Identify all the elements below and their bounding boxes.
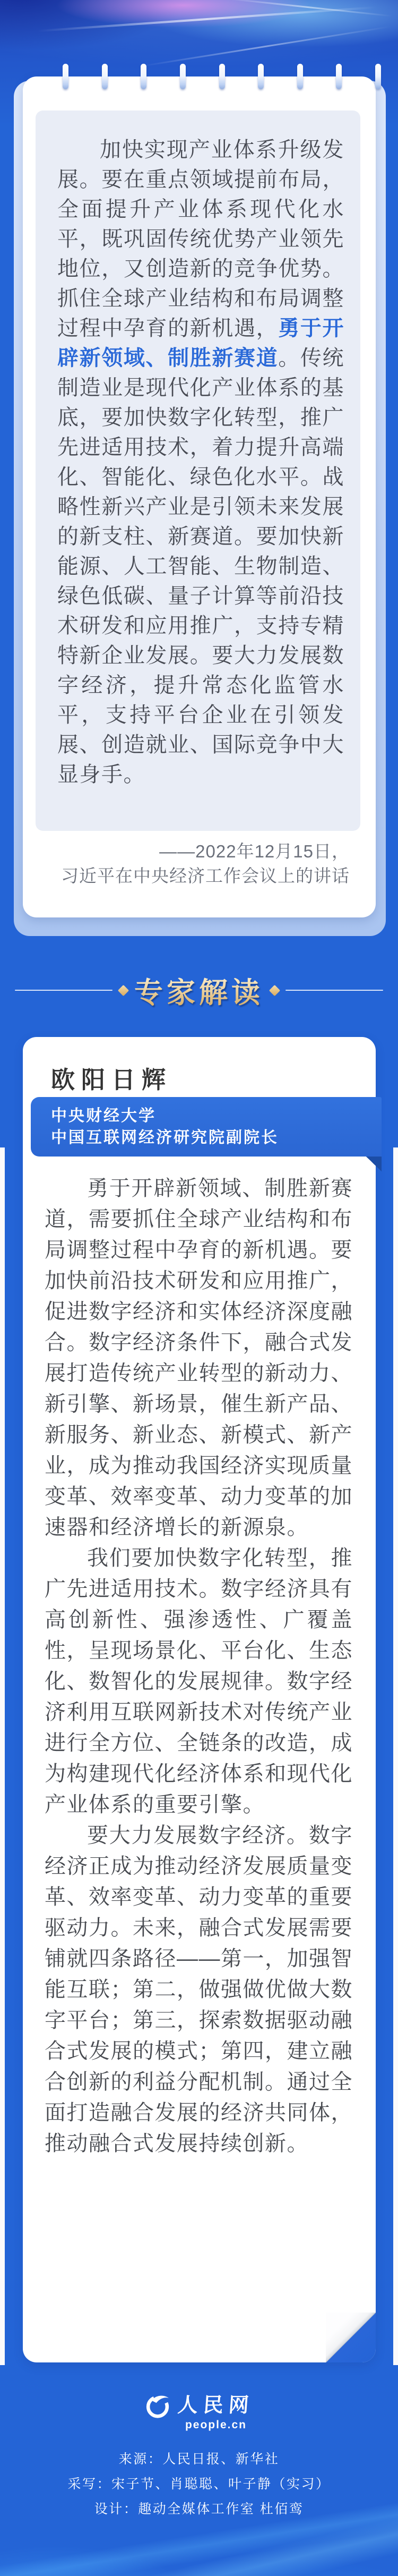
expert-card: 欧阳日辉 中央财经大学 中国互联网经济研究院副院长 勇于开辟新领域、制胜新赛道，… [23, 1037, 376, 2362]
ring-icon [297, 64, 303, 89]
ring-icon [63, 64, 68, 89]
people-cn-logo: 人民网 people.cn [0, 2388, 398, 2432]
section-title: 专家解读 [134, 970, 264, 1011]
ring-icon [180, 64, 186, 89]
expert-affiliation: 中央财经大学 [51, 1105, 382, 1127]
credit-source: 来源：人民日报、新华社 [0, 2447, 398, 2472]
quote-text: 加快实现产业体系升级发展。要在重点领域提前布局，全面提升产业体系现代化水平，既巩… [57, 135, 344, 789]
divider-line-left [15, 990, 113, 991]
page-edge-left [0, 1147, 5, 2365]
quote-card: 加快实现产业体系升级发展。要在重点领域提前布局，全面提升产业体系现代化水平，既巩… [23, 76, 376, 917]
poster-page: 加快实现产业体系升级发展。要在重点领域提前布局，全面提升产业体系现代化水平，既巩… [0, 0, 398, 2576]
quote-text-tail: 。传统制造业是现代化产业体系的基底，要加快数字化转型，推广先进适用技术，着力提升… [57, 346, 344, 786]
section-divider: 专家解读 [0, 971, 398, 1009]
ring-icon [141, 64, 146, 89]
expert-name: 欧阳日辉 [51, 1060, 172, 1095]
page-curl-decoration [326, 2313, 376, 2362]
attribution-source: 习近平在中央经济工作会议上的讲话 [61, 864, 350, 888]
expert-position: 中国互联网经济研究院副院长 [51, 1127, 382, 1149]
divider-line-right [285, 990, 383, 991]
diamond-icon [269, 984, 280, 996]
logo-text-group: 人民网 people.cn [178, 2388, 254, 2432]
attribution-date: ——2022年12月15日， [61, 839, 350, 864]
bottom-wave-decoration [0, 2486, 398, 2576]
ring-icon [219, 64, 225, 89]
quote-attribution: ——2022年12月15日， 习近平在中央经济工作会议上的讲话 [61, 839, 350, 888]
ring-icon [258, 64, 264, 89]
logo-chinese-text: 人民网 [177, 2388, 255, 2418]
expert-title-ribbon: 中央财经大学 中国互联网经济研究院副院长 [31, 1097, 382, 1157]
logo-domain-text: people.cn [185, 2419, 247, 2432]
ring-icon [102, 64, 108, 89]
quote-panel: 加快实现产业体系升级发展。要在重点领域提前布局，全面提升产业体系现代化水平，既巩… [36, 110, 360, 831]
expert-paragraph: 我们要加快数字化转型，推广先进适用技术。数字经济具有高创新性、强渗透性、广覆盖性… [45, 1543, 353, 1820]
ring-icon [375, 64, 381, 89]
expert-paragraph: 勇于开辟新领域、制胜新赛道，需要抓住全球产业结构和布局调整过程中孕育的新机遇。要… [45, 1173, 353, 1543]
expert-paragraph: 要大力发展数字经济。数字经济正成为推动经济发展质量变革、效率变革、动力变革的重要… [45, 1820, 353, 2159]
notebook-rings [63, 64, 381, 89]
diamond-icon [118, 984, 129, 996]
quote-text-lead: 加快实现产业体系升级发展。要在重点领域提前布局，全面提升产业体系现代化水平，既巩… [57, 138, 344, 340]
expert-commentary: 勇于开辟新领域、制胜新赛道，需要抓住全球产业结构和布局调整过程中孕育的新机遇。要… [45, 1173, 353, 2159]
people-cn-logo-icon [144, 2392, 171, 2419]
ring-icon [336, 64, 342, 89]
page-edge-right [393, 1147, 398, 2365]
